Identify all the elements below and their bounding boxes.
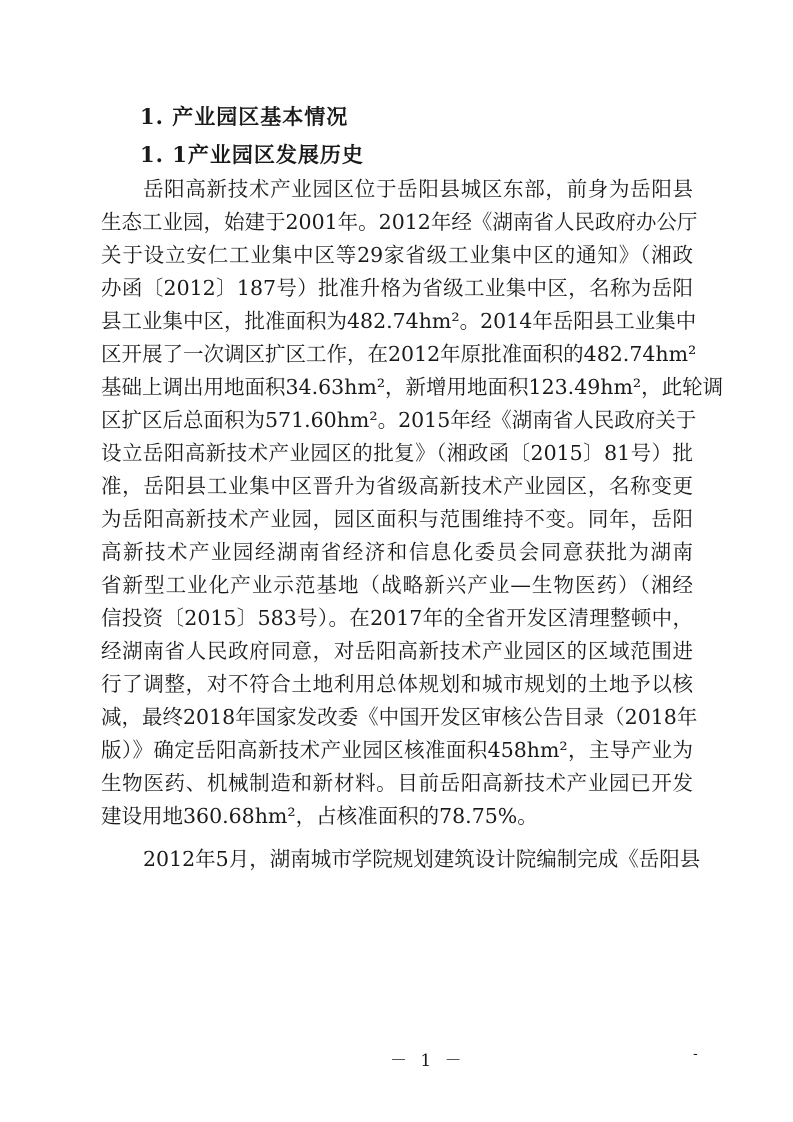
text-line: 高新技术产业园经湖南省经济和信息化委员会同意获批为湖南 <box>101 537 693 567</box>
text-line: 2012年5月，湖南城市学院规划建筑设计院编制完成《岳阳县 <box>143 844 693 874</box>
text-line: 经湖南省人民政府同意，对岳阳高新技术产业园区的区域范围进 <box>101 636 693 666</box>
text-line: 区扩区后总面积为571.60hm²。2015年经《湖南省人民政府关于 <box>101 405 693 435</box>
text-line: 准，岳阳县工业集中区晋升为省级高新技术产业园区，名称变更 <box>101 471 693 501</box>
text-line: 县工业集中区，批准面积为482.74hm²。2014年岳阳县工业集中 <box>101 306 693 336</box>
text-line: 关于设立安仁工业集中区等29家省级工业集中区的通知》（湘政 <box>101 240 693 270</box>
text-line: 减，最终2018年国家发改委《中国开发区审核公告目录（2018年 <box>101 702 693 732</box>
text-line: 行了调整，对不符合土地利用总体规划和城市规划的土地予以核 <box>101 669 693 699</box>
text-line: 办函〔2012〕187号）批准升格为省级工业集中区，名称为岳阳 <box>101 273 693 303</box>
page-number: － 1 － <box>390 1046 466 1071</box>
text-line: 建设用地360.68hm²，占核准面积的78.75%。 <box>101 801 693 831</box>
section-heading: 1. 产业园区基本情况 <box>140 101 348 131</box>
text-line: 为岳阳高新技术产业园，园区面积与范围维持不变。同年，岳阳 <box>101 504 693 534</box>
text-line: 省新型工业化产业示范基地（战略新兴产业—生物医药）（湘经 <box>101 570 693 600</box>
subsection-heading: 1. 1产业园区发展历史 <box>140 139 364 169</box>
corner-mark: - <box>693 1046 698 1062</box>
text-line: 基础上调出用地面积34.63hm²，新增用地面积123.49hm²，此轮调 <box>101 372 693 402</box>
document-page: 1. 产业园区基本情况 1. 1产业园区发展历史 岳阳高新技术产业园区位于岳阳县… <box>0 0 793 1122</box>
text-line: 区开展了一次调区扩区工作，在2012年原批准面积的482.74hm² <box>101 339 693 369</box>
text-line: 信投资〔2015〕583号）。在2017年的全省开发区清理整顿中， <box>101 603 693 633</box>
text-line: 版）》确定岳阳高新技术产业园区核准面积458hm²，主导产业为 <box>101 735 693 765</box>
text-line: 岳阳高新技术产业园区位于岳阳县城区东部，前身为岳阳县 <box>143 174 693 204</box>
text-line: 设立岳阳高新技术产业园区的批复》（湘政函〔2015〕81号）批 <box>101 438 693 468</box>
text-line: 生态工业园，始建于2001年。2012年经《湖南省人民政府办公厅 <box>101 207 693 237</box>
text-line: 生物医药、机械制造和新材料。目前岳阳高新技术产业园已开发 <box>101 768 693 798</box>
